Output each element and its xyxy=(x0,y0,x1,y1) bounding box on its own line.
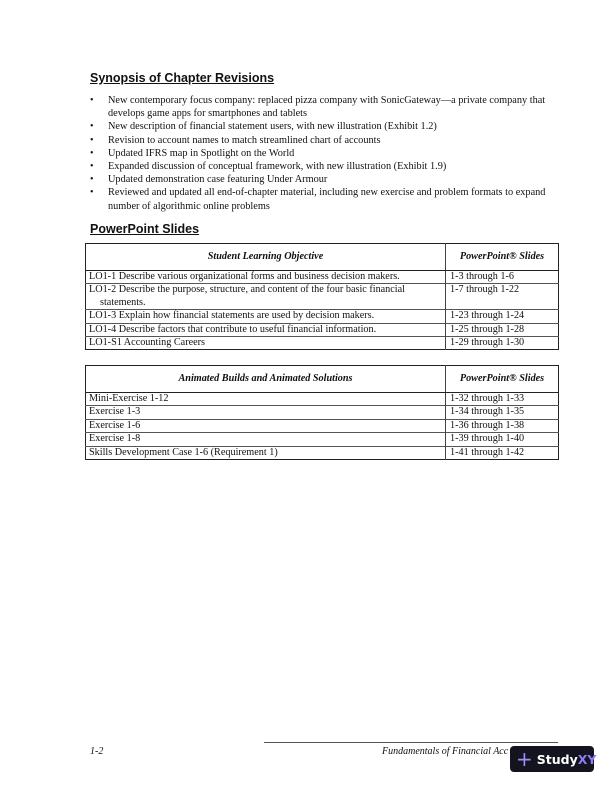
table-row: LO1-4 Describe factors that contribute t… xyxy=(86,323,559,336)
exercise-cell: Exercise 1-6 xyxy=(86,419,446,432)
list-item: Reviewed and updated all end-of-chapter … xyxy=(90,186,560,212)
table-row: Exercise 1-8 1-39 through 1-40 xyxy=(86,433,559,446)
studyxy-badge[interactable]: + StudyXY xyxy=(510,746,594,772)
footer-divider xyxy=(264,742,558,743)
table-header-row: Animated Builds and Animated Solutions P… xyxy=(86,366,559,393)
column-header-slides: PowerPoint® Slides xyxy=(446,244,559,271)
brand-accent: XY xyxy=(578,752,597,767)
objective-cell: LO1-4 Describe factors that contribute t… xyxy=(86,323,446,336)
slides-cell: 1-41 through 1-42 xyxy=(446,446,559,459)
animated-solutions-table: Animated Builds and Animated Solutions P… xyxy=(85,365,559,460)
powerpoint-heading: PowerPoint Slides xyxy=(90,222,199,236)
table-row: Exercise 1-3 1-34 through 1-35 xyxy=(86,406,559,419)
list-item: New contemporary focus company: replaced… xyxy=(90,94,560,120)
exercise-cell: Skills Development Case 1-6 (Requirement… xyxy=(86,446,446,459)
table-row: Exercise 1-6 1-36 through 1-38 xyxy=(86,419,559,432)
synopsis-heading: Synopsis of Chapter Revisions xyxy=(90,71,274,85)
slides-cell: 1-34 through 1-35 xyxy=(446,406,559,419)
list-item: New description of financial statement u… xyxy=(90,120,560,133)
list-item: Updated IFRS map in Spotlight on the Wor… xyxy=(90,147,560,160)
exercise-cell: Exercise 1-8 xyxy=(86,433,446,446)
slides-cell: 1-23 through 1-24 xyxy=(446,310,559,323)
exercise-cell: Mini-Exercise 1-12 xyxy=(86,393,446,406)
slides-cell: 1-36 through 1-38 xyxy=(446,419,559,432)
slides-cell: 1-29 through 1-30 xyxy=(446,337,559,350)
list-item: Expanded discussion of conceptual framew… xyxy=(90,160,560,173)
column-header-animated: Animated Builds and Animated Solutions xyxy=(86,366,446,393)
table-row: LO1-3 Explain how financial statements a… xyxy=(86,310,559,323)
objective-text-continuation: statements. xyxy=(89,297,441,309)
objective-cell: LO1-1 Describe various organizational fo… xyxy=(86,271,446,284)
objective-cell: LO1-S1 Accounting Careers xyxy=(86,337,446,350)
objective-cell: LO1-3 Explain how financial statements a… xyxy=(86,310,446,323)
column-header-objective: Student Learning Objective xyxy=(86,244,446,271)
slides-cell: 1-39 through 1-40 xyxy=(446,433,559,446)
slides-cell: 1-32 through 1-33 xyxy=(446,393,559,406)
table-row: Mini-Exercise 1-12 1-32 through 1-33 xyxy=(86,393,559,406)
table-row: LO1-2 Describe the purpose, structure, a… xyxy=(86,284,559,310)
slides-cell: 1-3 through 1-6 xyxy=(446,271,559,284)
list-item: Updated demonstration case featuring Und… xyxy=(90,173,560,186)
table-header-row: Student Learning Objective PowerPoint® S… xyxy=(86,244,559,271)
list-item: Revision to account names to match strea… xyxy=(90,134,560,147)
footer-book-title: Fundamentals of Financial Acc xyxy=(382,746,508,757)
learning-objectives-table: Student Learning Objective PowerPoint® S… xyxy=(85,243,559,350)
table-row: LO1-1 Describe various organizational fo… xyxy=(86,271,559,284)
page-number: 1-2 xyxy=(90,746,103,757)
objective-cell: LO1-2 Describe the purpose, structure, a… xyxy=(86,284,446,310)
brand-main: Study xyxy=(537,752,578,767)
objective-text: LO1-2 Describe the purpose, structure, a… xyxy=(89,284,405,295)
plus-icon: + xyxy=(516,749,533,769)
table-row: Skills Development Case 1-6 (Requirement… xyxy=(86,446,559,459)
slides-cell: 1-7 through 1-22 xyxy=(446,284,559,310)
slides-cell: 1-25 through 1-28 xyxy=(446,323,559,336)
column-header-slides: PowerPoint® Slides xyxy=(446,366,559,393)
exercise-cell: Exercise 1-3 xyxy=(86,406,446,419)
table-row: LO1-S1 Accounting Careers 1-29 through 1… xyxy=(86,337,559,350)
synopsis-list: New contemporary focus company: replaced… xyxy=(90,94,560,213)
